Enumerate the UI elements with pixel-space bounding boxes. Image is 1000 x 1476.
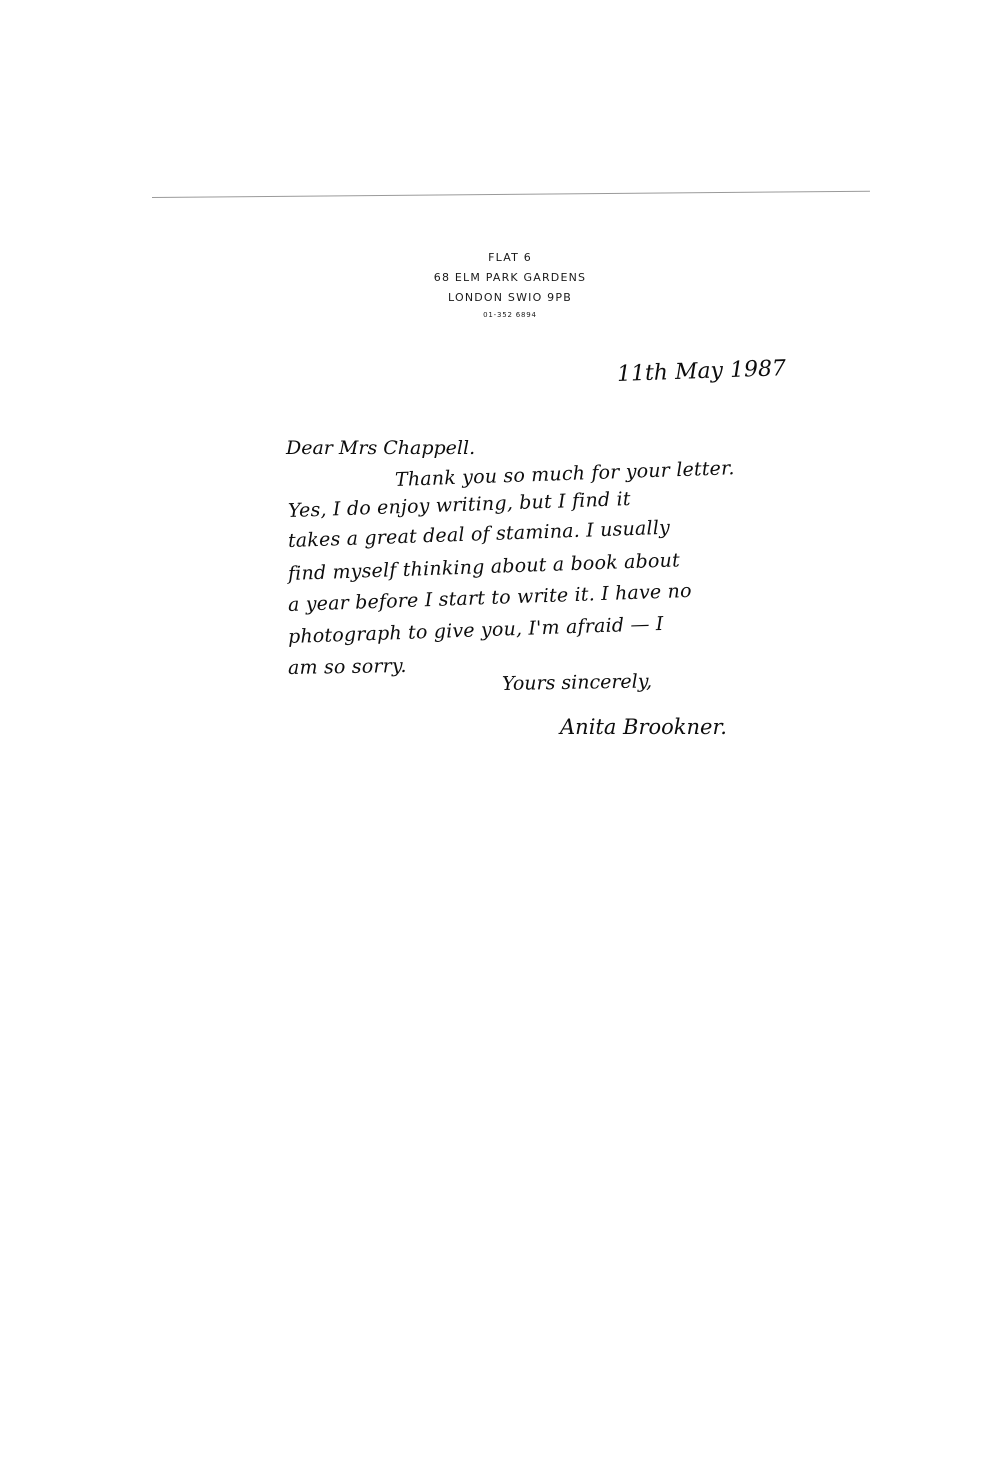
letter-body-line: find myself thinking about a book about bbox=[288, 549, 681, 585]
letter-salutation: Dear Mrs Chappell. bbox=[286, 437, 475, 459]
letterhead: FLAT 6 68 ELM PARK GARDENS LONDON SWIO 9… bbox=[380, 248, 640, 319]
letter-body-line: a year before I start to write it. I hav… bbox=[288, 580, 692, 616]
letter-closing: Yours sincerely, bbox=[502, 670, 652, 695]
letter-date: 11th May 1987 bbox=[617, 356, 787, 387]
letter-signature: Anita Brookner. bbox=[560, 715, 727, 739]
letter-body-line: Yes, I do enjoy writing, but I find it bbox=[288, 488, 631, 522]
letterhead-flat: FLAT 6 bbox=[380, 248, 640, 268]
letter-body-line: Thank you so much for your letter. bbox=[395, 457, 735, 491]
letterhead-street: 68 ELM PARK GARDENS bbox=[380, 268, 640, 288]
letter-body-line: takes a great deal of stamina. I usually bbox=[288, 517, 671, 552]
letter-page: FLAT 6 68 ELM PARK GARDENS LONDON SWIO 9… bbox=[0, 0, 1000, 1476]
fold-line-divider bbox=[152, 191, 870, 198]
letter-body-line: photograph to give you, I'm afraid — I bbox=[288, 613, 664, 648]
letterhead-phone: 01-352 6894 bbox=[380, 311, 640, 319]
letterhead-city-postcode: LONDON SWIO 9PB bbox=[380, 288, 640, 308]
letter-body-line: am so sorry. bbox=[288, 655, 407, 679]
